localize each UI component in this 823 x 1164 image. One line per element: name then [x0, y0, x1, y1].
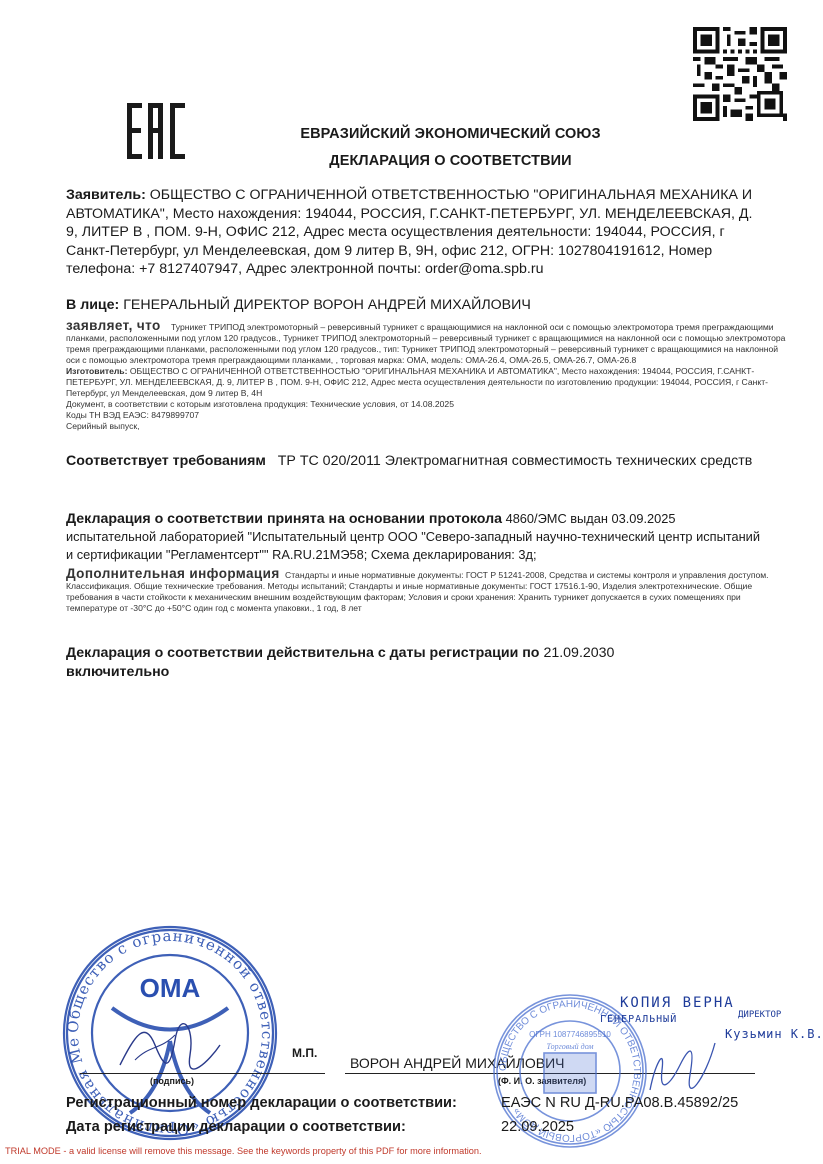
copy-verified-text: КОПИЯ ВЕРНА: [620, 995, 735, 1011]
trial-mode-notice: TRIAL MODE - a valid license will remove…: [5, 1146, 482, 1156]
additional-info-section: Дополнительная информация Стандарты и ин…: [66, 568, 778, 614]
signature-line: [80, 1073, 325, 1074]
additional-info-label: Дополнительная информация: [66, 566, 280, 581]
copy-name-text: Кузьмин К.В.: [725, 1027, 823, 1041]
production-document: Документ, в соответствии с которым изгот…: [66, 399, 454, 409]
validity-suffix: включительно: [66, 664, 169, 680]
registration-number-label: Регистрационный номер декларации о соотв…: [66, 1095, 457, 1111]
manufacturer-text: ОБЩЕСТВО С ОГРАНИЧЕННОЙ ОТВЕТСТВЕННОСТЬЮ…: [66, 366, 768, 398]
declares-section: заявляет, что Турникет ТРИПОД электромот…: [66, 320, 786, 432]
declares-label: заявляет, что: [66, 318, 161, 333]
basis-label: Декларация о соответствии принята на осн…: [66, 511, 502, 527]
manufacturer-label: Изготовитель:: [66, 366, 127, 376]
union-title: ЕВРАЗИЙСКИЙ ЭКОНОМИЧЕСКИЙ СОЮЗ: [0, 126, 823, 142]
applicant-text: ОБЩЕСТВО С ОГРАНИЧЕННОЙ ОТВЕТСТВЕННОСТЬЮ…: [66, 187, 752, 277]
document-title: ДЕКЛАРАЦИЯ О СООТВЕТСТВИИ: [0, 153, 823, 169]
validity-date: 21.09.2030: [543, 645, 614, 661]
product-description: Турникет ТРИПОД электромоторный – реверс…: [66, 322, 785, 365]
seal-place-label: М.П.: [292, 1046, 317, 1060]
validity-label: Декларация о соответствии действительна …: [66, 645, 539, 661]
registration-date: 22.09.2025: [501, 1119, 574, 1135]
representative-section: В лице: ГЕНЕРАЛЬНЫЙ ДИРЕКТОР ВОРОН АНДРЕ…: [66, 296, 766, 315]
stamp-inner: Торговый дом: [546, 1042, 593, 1051]
complies-text: ТР ТС 020/2011 Электромагнитная совмести…: [278, 453, 753, 469]
copy-director-text: ДИРЕКТОР: [738, 1010, 781, 1020]
stamp-oma-text: ОМА: [140, 973, 201, 1003]
complies-label: Соответствует требованиям: [66, 453, 266, 469]
representative-text: ГЕНЕРАЛЬНЫЙ ДИРЕКТОР ВОРОН АНДРЕЙ МИХАЙЛ…: [123, 297, 531, 313]
basis-section: Декларация о соответствии принята на осн…: [66, 510, 766, 564]
applicant-label: Заявитель:: [66, 187, 146, 203]
copy-general-text: ГЕНЕРАЛЬНЫЙ: [600, 1014, 677, 1025]
signature-caption: (подпись): [150, 1076, 194, 1086]
director-signature-icon: [640, 1035, 720, 1095]
applicant-section: Заявитель: ОБЩЕСТВО С ОГРАНИЧЕННОЙ ОТВЕТ…: [66, 186, 766, 279]
stamp-ogrn: ОГРН 1087746895510: [529, 1030, 611, 1039]
registration-date-label: Дата регистрации декларации о соответств…: [66, 1119, 406, 1135]
serial-release: Серийный выпуск,: [66, 421, 140, 431]
qr-code-icon: [693, 27, 787, 121]
validity-section: Декларация о соответствии действительна …: [66, 644, 766, 682]
representative-label: В лице:: [66, 297, 119, 313]
complies-section: Соответствует требованиям ТР ТС 020/2011…: [66, 452, 766, 470]
tn-ved-codes: Коды ТН ВЭД ЕАЭС: 8479899707: [66, 410, 199, 420]
registration-number: ЕАЭС N RU Д-RU.РА08.В.45892/25: [501, 1095, 738, 1111]
applicant-signature-icon: [115, 1015, 225, 1073]
